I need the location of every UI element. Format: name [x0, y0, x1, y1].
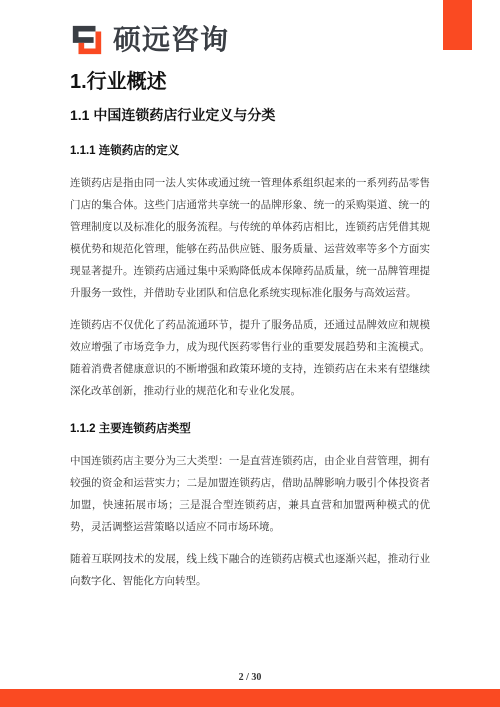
paragraph: 连锁药店不仅优化了药品流通环节，提升了服务品质，还通过品牌效应和规模效应增强了市… [70, 314, 430, 402]
bottom-accent-bar [0, 689, 500, 707]
document-body: 1.行业概述 1.1 中国连锁药店行业定义与分类 1.1.1 连锁药店的定义 连… [70, 70, 430, 592]
brand-name: 硕远咨询 [113, 22, 229, 58]
document-page: 硕远咨询 1.行业概述 1.1 中国连锁药店行业定义与分类 1.1.1 连锁药店… [0, 0, 500, 707]
paragraph: 随着互联网技术的发展，线上线下融合的连锁药店模式也逐渐兴起，推动行业向数字化、智… [70, 548, 430, 592]
subsection-heading-1: 1.1.1 连锁药店的定义 [70, 144, 430, 158]
brand-monogram-icon [70, 22, 104, 58]
paragraph: 中国连锁药店主要分为三大类型：一是直营连锁药店，由企业自营管理，拥有较强的资金和… [70, 450, 430, 538]
section-heading: 1.1 中国连锁药店行业定义与分类 [70, 106, 430, 124]
paragraph: 连锁药店是指由同一法人实体或通过统一管理体系组织起来的一系列药品零售门店的集合体… [70, 172, 430, 304]
brand-logo: 硕远咨询 [70, 0, 430, 58]
page-content: 硕远咨询 1.行业概述 1.1 中国连锁药店行业定义与分类 1.1.1 连锁药店… [0, 0, 500, 592]
page-number: 2 / 30 [0, 672, 500, 683]
top-right-accent-block [443, 0, 472, 50]
chapter-heading: 1.行业概述 [70, 70, 430, 94]
subsection-heading-2: 1.1.2 主要连锁药店类型 [70, 422, 430, 436]
